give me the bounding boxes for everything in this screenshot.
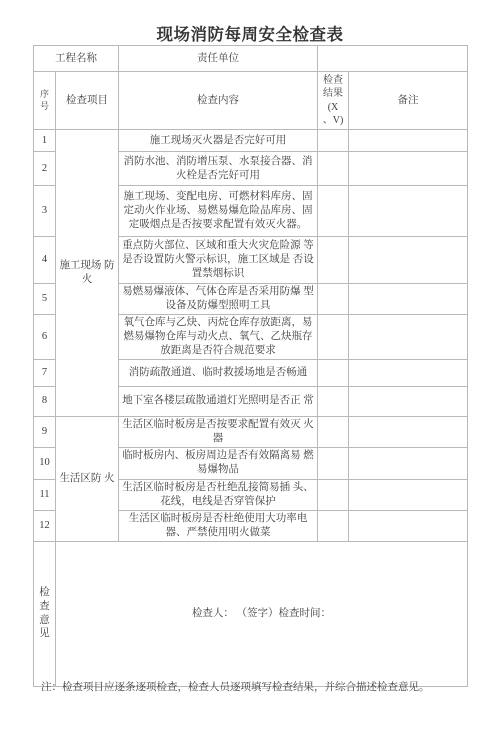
opinion-label: 检 查 意 见 bbox=[34, 541, 56, 686]
result-cell bbox=[318, 152, 349, 186]
opinion-row: 检 查 意 见 检查人： （签字）检查时间： bbox=[34, 541, 468, 686]
project-name-label: 工程名称 bbox=[34, 46, 119, 72]
col-header-item: 检查项目 bbox=[56, 72, 119, 130]
remark-cell bbox=[349, 447, 468, 479]
result-cell bbox=[318, 447, 349, 479]
col-header-remark: 备注 bbox=[349, 72, 468, 130]
table-row: 9 生活区防 火 生活区临时板房是否按要求配置有效灭 火器 bbox=[34, 416, 468, 447]
row-content: 消防水池、消防增压泵、水泵接合器、消火栓是否完好可用 bbox=[119, 152, 318, 186]
row-no: 7 bbox=[34, 359, 56, 386]
row-no: 2 bbox=[34, 152, 56, 186]
remark-cell bbox=[349, 314, 468, 359]
row-content: 重点防火部位、区域和重大火灾危险源 等是否设置防火警示标识，施工区域是 否设置禁… bbox=[119, 237, 318, 284]
inspection-table: 工程名称 责任单位 序 号 检查项目 检查内容 检查 结果 (X 、V) 备注 … bbox=[33, 45, 468, 687]
result-cell bbox=[318, 510, 349, 541]
row-content: 易燃易爆液体、气体仓库是否采用防爆 型设备及防爆型照明工具 bbox=[119, 284, 318, 315]
info-blank-cell bbox=[318, 46, 468, 72]
row-no: 12 bbox=[34, 510, 56, 541]
remark-cell bbox=[349, 186, 468, 237]
result-cell bbox=[318, 386, 349, 416]
row-content: 生活区临时板房是否杜绝使用大功率电 器、严禁使用明火做菜 bbox=[119, 510, 318, 541]
result-cell bbox=[318, 130, 349, 152]
row-no: 1 bbox=[34, 130, 56, 152]
row-content: 生活区临时板房是否杜绝乱接简易插 头、花线，电线是否穿管保护 bbox=[119, 479, 318, 510]
row-no: 6 bbox=[34, 314, 56, 359]
table-row: 1 施工现场 防火 施工现场灭火器是否完好可用 bbox=[34, 130, 468, 152]
row-content: 施工现场灭火器是否完好可用 bbox=[119, 130, 318, 152]
row-content: 地下室各楼层疏散通道灯光照明是否正 常 bbox=[119, 386, 318, 416]
responsible-unit-label: 责任单位 bbox=[119, 46, 318, 72]
row-content: 生活区临时板房是否按要求配置有效灭 火器 bbox=[119, 416, 318, 447]
row-no: 8 bbox=[34, 386, 56, 416]
row-content: 临时板房内、板房周边是否有效隔离易 燃易爆物品 bbox=[119, 447, 318, 479]
remark-cell bbox=[349, 130, 468, 152]
result-cell bbox=[318, 186, 349, 237]
row-content: 施工现场、变配电房、可燃材料库房、固定动火作业场、易燃易爆危险品库房、固定吸烟点… bbox=[119, 186, 318, 237]
document-page: 现场消防每周安全检查表 工程名称 责任单位 序 号 检查项目 检查内容 检查 结… bbox=[0, 0, 500, 736]
opinion-area: 检查人： （签字）检查时间： bbox=[56, 541, 468, 686]
column-header-row: 序 号 检查项目 检查内容 检查 结果 (X 、V) 备注 bbox=[34, 72, 468, 130]
footnote: 注：检查项目应逐条逐项检查，检查人员逐项填写检查结果，并综合描述检查意见。 bbox=[41, 679, 430, 694]
info-row: 工程名称 责任单位 bbox=[34, 46, 468, 72]
col-header-result: 检查 结果 (X 、V) bbox=[318, 72, 349, 130]
remark-cell bbox=[349, 284, 468, 315]
result-cell bbox=[318, 284, 349, 315]
remark-cell bbox=[349, 416, 468, 447]
remark-cell bbox=[349, 479, 468, 510]
result-cell bbox=[318, 359, 349, 386]
row-no: 5 bbox=[34, 284, 56, 315]
row-no: 3 bbox=[34, 186, 56, 237]
form-title: 现场消防每周安全检查表 bbox=[0, 21, 500, 45]
remark-cell bbox=[349, 237, 468, 284]
result-cell bbox=[318, 314, 349, 359]
row-no: 4 bbox=[34, 237, 56, 284]
row-content: 氧气仓库与乙炔、丙烷仓库存放距离，易燃易爆物仓库与动火点、氧气、乙炔瓶存放距离是… bbox=[119, 314, 318, 359]
result-cell bbox=[318, 416, 349, 447]
category-living-fire: 生活区防 火 bbox=[56, 416, 119, 541]
remark-cell bbox=[349, 359, 468, 386]
row-no: 10 bbox=[34, 447, 56, 479]
remark-cell bbox=[349, 152, 468, 186]
result-cell bbox=[318, 479, 349, 510]
row-no: 11 bbox=[34, 479, 56, 510]
remark-cell bbox=[349, 386, 468, 416]
category-site-fire: 施工现场 防火 bbox=[56, 130, 119, 417]
row-no: 9 bbox=[34, 416, 56, 447]
col-header-content: 检查内容 bbox=[119, 72, 318, 130]
row-content: 消防疏散通道、临时救援场地是否畅通 bbox=[119, 359, 318, 386]
remark-cell bbox=[349, 510, 468, 541]
col-header-no: 序 号 bbox=[34, 72, 56, 130]
result-cell bbox=[318, 237, 349, 284]
signature-line: 检查人： （签字）检查时间： bbox=[192, 608, 331, 619]
